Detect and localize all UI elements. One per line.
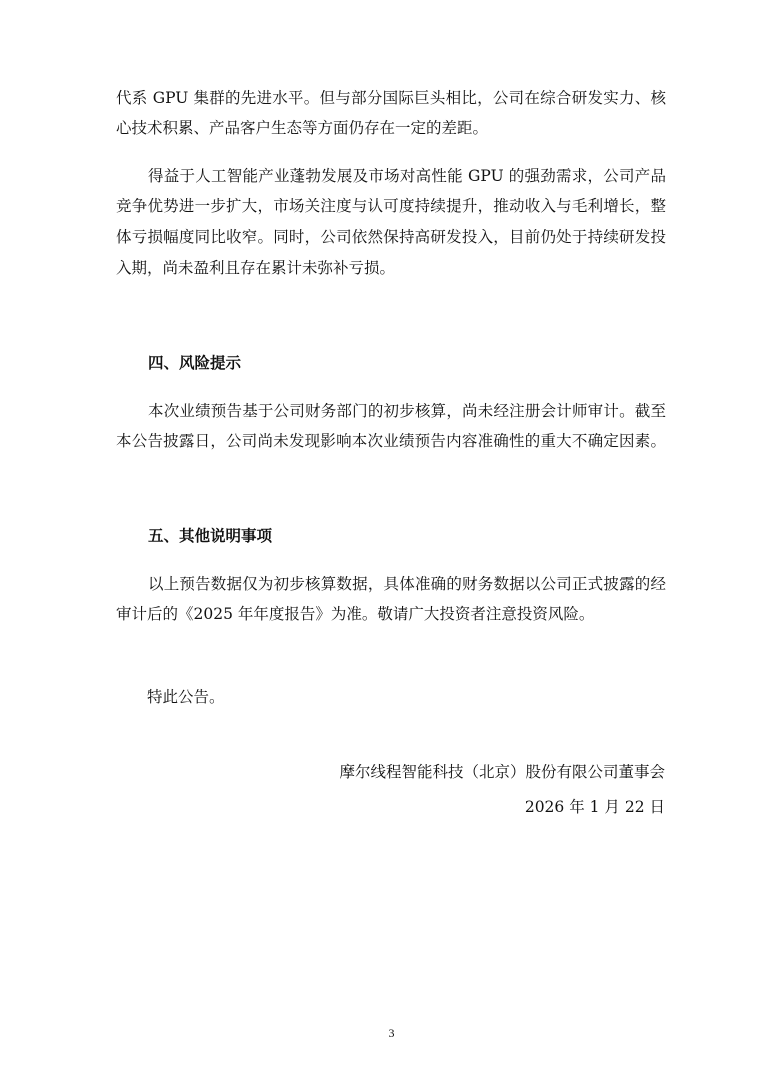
section-heading: 四、风险提示 xyxy=(148,353,241,373)
closing-notice: 特此公告。 xyxy=(147,687,225,707)
signatory: 摩尔线程智能科技（北京）股份有限公司董事会 xyxy=(339,762,665,782)
text-line: 以上预告数据仅为初步核算数据，具体准确的财务数据以公司正式披露的经 xyxy=(148,574,666,594)
text-line: 得益于人工智能产业蓬勃发展及市场对高性能 GPU 的强劲需求，公司产品 xyxy=(148,166,666,186)
text-line: 体亏损幅度同比收窄。同时，公司依然保持高研发投入，目前仍处于持续研发投 xyxy=(116,227,666,247)
text-line: 本次业绩预告基于公司财务部门的初步核算，尚未经注册会计师审计。截至 xyxy=(148,401,666,421)
page-number: 3 xyxy=(0,1026,783,1041)
text-line: 审计后的《2025 年年度报告》为准。敬请广大投资者注意投资风险。 xyxy=(116,604,666,624)
text-line: 竞争优势进一步扩大，市场关注度与认可度持续提升，推动收入与毛利增长，整 xyxy=(116,196,666,216)
text-line: 本公告披露日，公司尚未发现影响本次业绩预告内容准确性的重大不确定因素。 xyxy=(116,431,666,451)
text-line: 心技术积累、产品客户生态等方面仍存在一定的差距。 xyxy=(116,118,666,138)
text-line: 入期，尚未盈利且存在累计未弥补亏损。 xyxy=(116,258,666,278)
signing-date: 2026 年 1 月 22 日 xyxy=(525,797,665,817)
text-line: 代系 GPU 集群的先进水平。但与部分国际巨头相比，公司在综合研发实力、核 xyxy=(116,88,666,108)
section-heading: 五、其他说明事项 xyxy=(148,526,272,546)
